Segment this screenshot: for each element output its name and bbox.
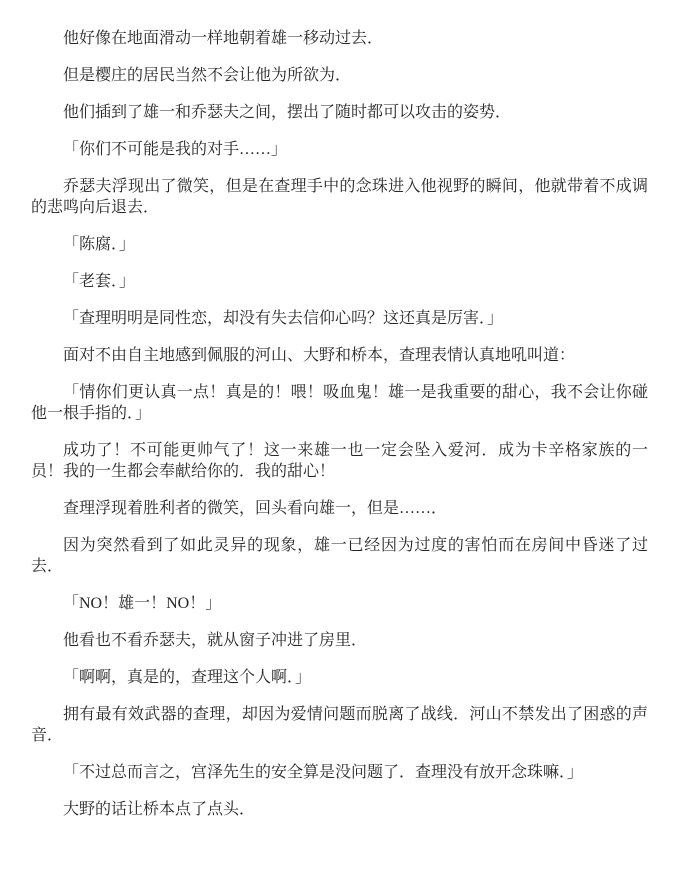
paragraph-dialogue: 「陈腐．」: [31, 234, 648, 255]
paragraph: 面对不由自主地感到佩服的河山、大野和桥本，查理表情认真地吼叫道：: [31, 345, 648, 366]
paragraph-dialogue: 「情你们更认真一点！真是的！喂！吸血鬼！雄一是我重要的甜心，我不会让你碰他一根手…: [31, 382, 648, 424]
paragraph: 大野的话让桥本点了点头．: [31, 799, 648, 820]
paragraph-dialogue: 「啊啊，真是的，查理这个人啊．」: [31, 667, 648, 688]
paragraph-dialogue: 「老套．」: [31, 271, 648, 292]
paragraph: 他们插到了雄一和乔瑟夫之间，摆出了随时都可以攻击的姿势．: [31, 102, 648, 123]
paragraph-dialogue: 「NO！雄一！NO！」: [31, 593, 648, 614]
paragraph: 乔瑟夫浮现出了微笑，但是在查理手中的念珠进入他视野的瞬间，他就带着不成调的悲鸣向…: [31, 176, 648, 218]
paragraph-dialogue: 「不过总而言之，宫泽先生的安全算是没问题了．查理没有放开念珠嘛．」: [31, 762, 648, 783]
paragraph: 他好像在地面滑动一样地朝着雄一移动过去．: [31, 28, 648, 49]
paragraph-dialogue: 「查理明明是同性恋，却没有失去信仰心吗？这还真是厉害．」: [31, 308, 648, 329]
paragraph: 查理浮现着胜利者的微笑，回头看向雄一，但是……．: [31, 498, 648, 519]
paragraph: 成功了！不可能更帅气了！这一来雄一也一定会坠入爱河．成为卡辛格家族的一员！我的一…: [31, 440, 648, 482]
paragraph-dialogue: 「你们不可能是我的对手……」: [31, 139, 648, 160]
paragraph: 他看也不看乔瑟夫，就从窗子冲进了房里．: [31, 630, 648, 651]
document-page: 他好像在地面滑动一样地朝着雄一移动过去． 但是樱庄的居民当然不会让他为所欲为． …: [0, 0, 680, 880]
paragraph: 拥有最有效武器的查理，却因为爱情问题而脱离了战线．河山不禁发出了困惑的声音．: [31, 704, 648, 746]
paragraph: 但是樱庄的居民当然不会让他为所欲为．: [31, 65, 648, 86]
paragraph: 因为突然看到了如此灵异的现象，雄一已经因为过度的害怕而在房间中昏迷了过去．: [31, 535, 648, 577]
